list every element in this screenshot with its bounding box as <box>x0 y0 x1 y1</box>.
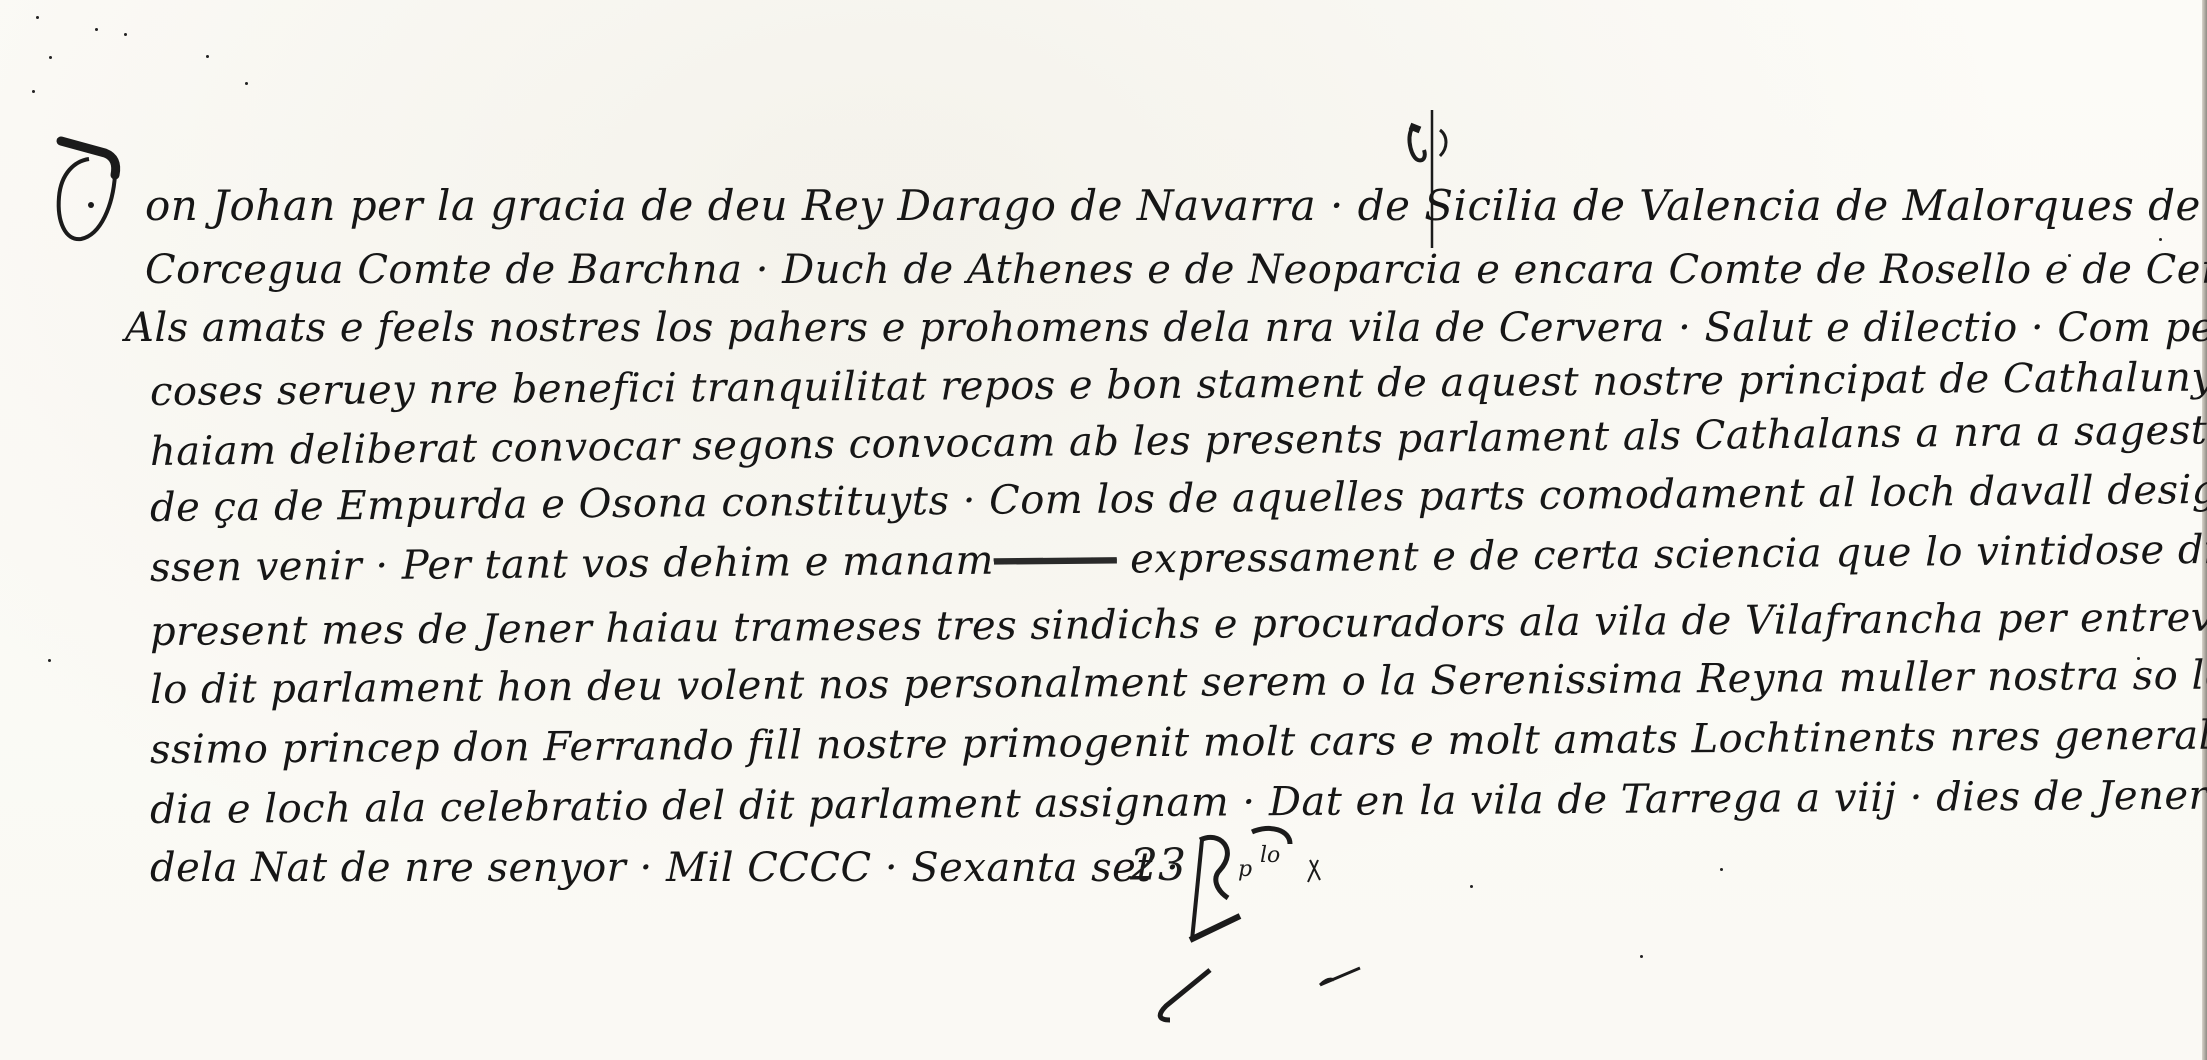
scan-speck <box>2068 254 2071 257</box>
scan-speck <box>2152 428 2155 431</box>
manuscript-line-3: Als amats e feels nostres los pahers e p… <box>125 308 2207 348</box>
line-7-end: expressament e de certa sciencia que lo … <box>1130 526 2207 582</box>
manuscript-line-7: ssen venir · Per tant vos dehim e manam … <box>150 529 2207 588</box>
scan-speck <box>1470 885 1473 888</box>
scan-speck <box>245 82 248 85</box>
manuscript-line-5: haiam deliberat convocar segons convocam… <box>150 408 2207 472</box>
scan-speck <box>1640 955 1643 958</box>
scan-speck <box>206 55 209 58</box>
scan-speck <box>48 659 51 662</box>
scanned-manuscript-page: on Johan per la gracia de deu Rey Darago… <box>0 0 2207 1060</box>
manuscript-line-8: present mes de Jener haiau trameses tres… <box>150 597 2207 652</box>
scan-speck <box>32 90 35 93</box>
manuscript-line-2: Corcegua Comte de Barchna · Duch de Athe… <box>145 250 2207 290</box>
scan-speck <box>95 28 98 31</box>
scan-speck <box>2159 238 2162 241</box>
svg-text:23: 23 <box>1129 840 1186 891</box>
manuscript-line-10: ssimo princep don Ferrando fill nostre p… <box>150 714 2207 770</box>
manuscript-line-6: de ça de Empurda e Osona constituyts · C… <box>150 468 2207 528</box>
svg-text:p: p <box>1238 857 1252 882</box>
struck-through-word: ​───── <box>994 537 1117 584</box>
scan-speck <box>2137 657 2140 660</box>
scan-speck <box>124 33 127 36</box>
line-7-start: ssen venir · Per tant vos dehim e manam <box>150 538 994 591</box>
svg-text:lo: lo <box>1260 843 1280 868</box>
scan-speck <box>1720 868 1723 871</box>
royal-signature-icon: 23 p lo <box>1120 820 1460 1030</box>
manuscript-line-1: on Johan per la gracia de deu Rey Darago… <box>145 185 2207 227</box>
manuscript-line-12: dela Nat de nre senyor · Mil CCCC · Sexa… <box>150 848 1179 888</box>
manuscript-line-9: lo dit parlament hon deu volent nos pers… <box>150 654 2207 710</box>
manuscript-line-4: coses seruey nre benefici tranquilitat r… <box>150 356 2207 412</box>
scan-speck <box>49 56 52 59</box>
scan-speck <box>36 16 39 19</box>
